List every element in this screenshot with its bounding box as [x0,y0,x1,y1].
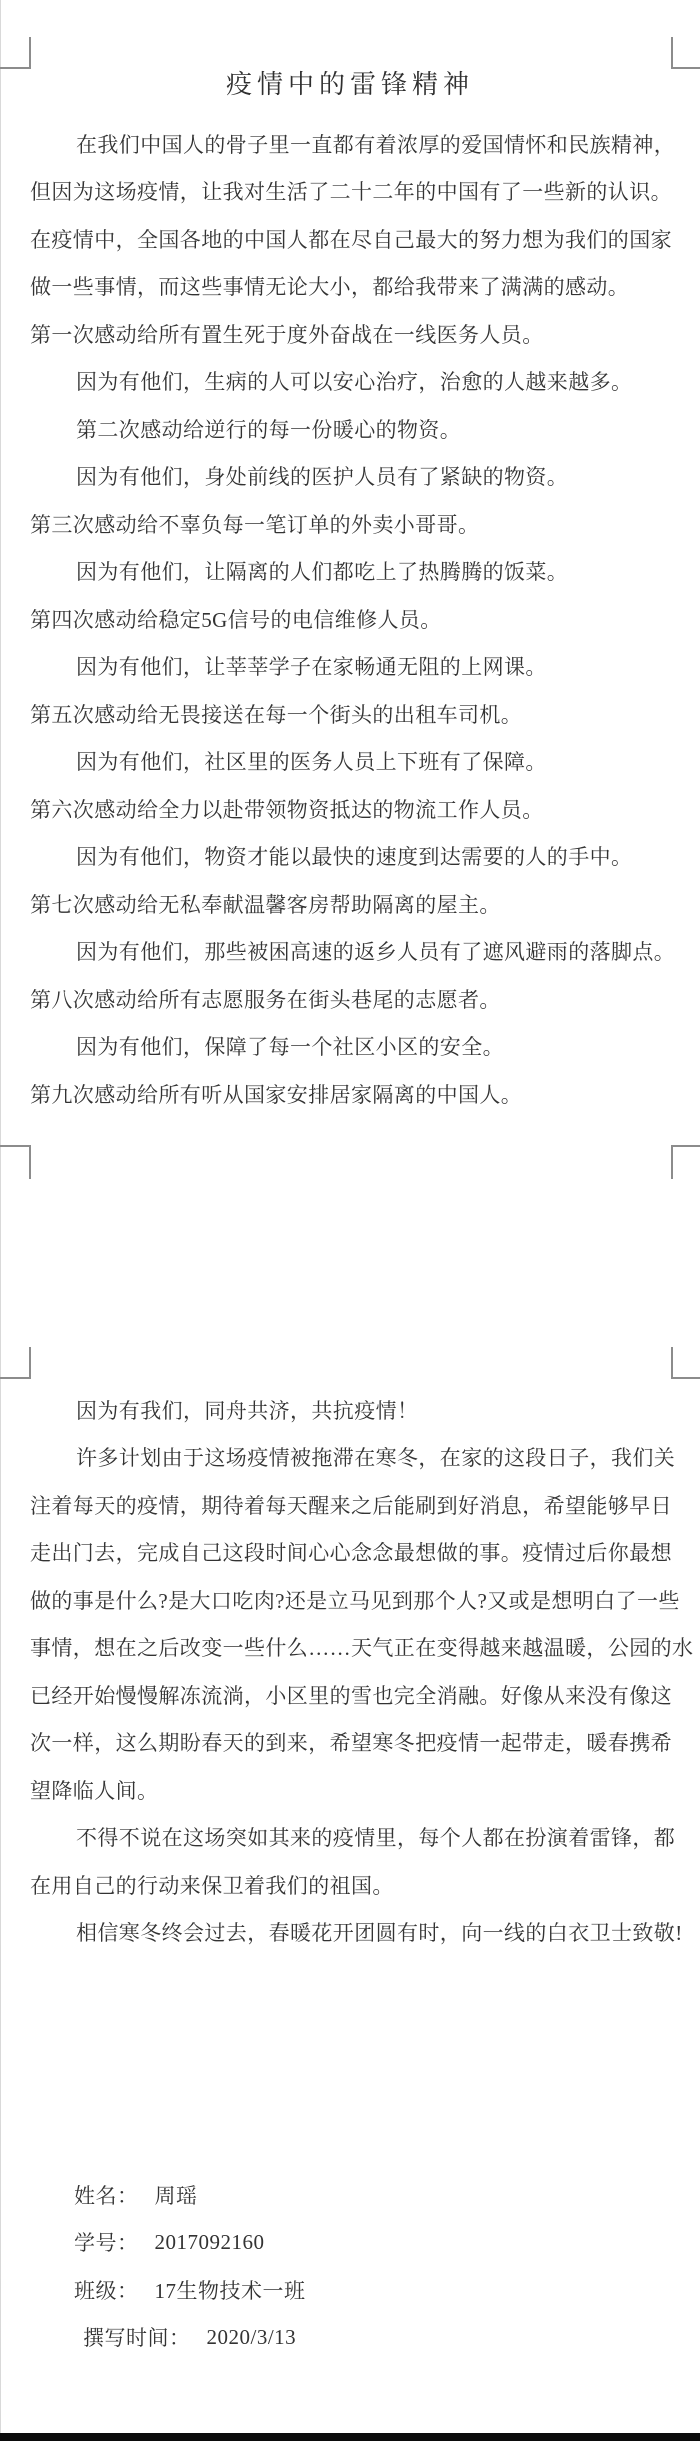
signature-value: 2017092160 [155,2230,265,2255]
text-line: 许多计划由于这场疫情被拖滞在寒冬，在家的这段日子，我们关 [30,1434,672,1482]
text-line: 在我们中国人的骨子里一直都有着浓厚的爱国情怀和民族精神， [30,120,672,168]
text-line: 第七次感动给无私奉献温馨客房帮助隔离的屋主。 [30,880,672,928]
signature-row: 学号：2017092160 [74,2219,306,2267]
text-line: 第九次感动给所有听从国家安排居家隔离的中国人。 [30,1070,672,1118]
text-line: 走出门去，完成自己这段时间心心念念最想做的事。疫情过后你最想 [30,1529,672,1577]
essay-title: 疫情中的雷锋精神 [0,64,700,101]
text-line: 相信寒冬终会过去，春暖花开团圆有时，向一线的白衣卫士致敬! [30,1909,672,1957]
left-edge-line [0,0,1,2441]
text-line: 因为有他们，生病的人可以安心治疗，治愈的人越来越多。 [30,358,672,406]
text-line: 望降临人间。 [30,1766,672,1814]
signature-label: 班级： [74,2275,139,2305]
text-line: 在用自己的行动来保卫着我们的祖国。 [30,1861,672,1909]
text-line: 不得不说在这场突如其来的疫情里，每个人都在扮演着雷锋，都 [30,1814,672,1862]
text-line: 因为有他们，物资才能以最快的速度到达需要的人的手中。 [30,833,672,881]
text-line: 因为有他们，让隔离的人们都吃上了热腾腾的饭菜。 [30,548,672,596]
crop-mark-page2-top-right [671,1347,700,1379]
signature-value: 周瑶 [155,2180,198,2210]
crop-mark-page1-bottom-right [671,1145,700,1179]
text-line: 但因为这场疫情，让我对生活了二十二年的中国有了一些新的认识。 [30,168,672,216]
text-line: 已经开始慢慢解冻流淌，小区里的雪也完全消融。好像从来没有像这 [30,1671,672,1719]
text-line: 第四次感动给稳定5G信号的电信维修人员。 [30,595,672,643]
crop-mark-page2-top-left [0,1347,31,1379]
signature-row: 姓名：周瑶 [74,2171,306,2219]
signature-block: 姓名：周瑶学号：2017092160班级：17生物技术一班撰写时间：2020/3… [74,2171,306,2361]
text-line: 做的事是什么?是大口吃肉?还是立马见到那个人?又或是想明白了一些 [30,1576,672,1624]
text-line: 次一样，这么期盼春天的到来，希望寒冬把疫情一起带走，暖春携希 [30,1719,672,1767]
text-line: 第八次感动给所有志愿服务在街头巷尾的志愿者。 [30,975,672,1023]
page2-body-text: 因为有我们，同舟共济，共抗疫情！许多计划由于这场疫情被拖滞在寒冬，在家的这段日子… [30,1386,672,1956]
text-line: 第一次感动给所有置生死于度外奋战在一线医务人员。 [30,310,672,358]
signature-value: 17生物技术一班 [155,2275,306,2305]
signature-row: 班级：17生物技术一班 [74,2266,306,2314]
signature-value: 2020/3/13 [207,2325,297,2350]
text-line: 在疫情中，全国各地的中国人都在尽自己最大的努力想为我们的国家 [30,215,672,263]
text-line: 因为有他们，保障了每一个社区小区的安全。 [30,1023,672,1071]
text-line: 第五次感动给无畏接送在每一个街头的出租车司机。 [30,690,672,738]
text-line: 因为有他们，让莘莘学子在家畅通无阻的上网课。 [30,643,672,691]
text-line: 因为有他们，社区里的医务人员上下班有了保障。 [30,738,672,786]
crop-mark-page1-bottom-left [0,1145,31,1179]
text-line: 注着每天的疫情，期待着每天醒来之后能刷到好消息，希望能够早日 [30,1481,672,1529]
text-line: 第二次感动给逆行的每一份暖心的物资。 [30,405,672,453]
text-line: 第六次感动给全力以赴带领物资抵达的物流工作人员。 [30,785,672,833]
document-canvas: 疫情中的雷锋精神 在我们中国人的骨子里一直都有着浓厚的爱国情怀和民族精神，但因为… [0,0,700,2441]
text-line: 因为有他们，身处前线的医护人员有了紧缺的物资。 [30,453,672,501]
text-line: 第三次感动给不辜负每一笔订单的外卖小哥哥。 [30,500,672,548]
text-line: 做一些事情，而这些事情无论大小，都给我带来了满满的感动。 [30,263,672,311]
signature-label: 姓名： [74,2180,139,2210]
page1-body-text: 在我们中国人的骨子里一直都有着浓厚的爱国情怀和民族精神，但因为这场疫情，让我对生… [30,120,672,1118]
signature-label: 学号： [74,2227,139,2257]
text-line: 事情，想在之后改变一些什么……天气正在变得越来越温暖，公园的水 [30,1624,672,1672]
signature-row: 撰写时间：2020/3/13 [83,2314,306,2362]
text-line: 因为有我们，同舟共济，共抗疫情！ [30,1386,672,1434]
signature-label: 撰写时间： [83,2322,191,2352]
text-line: 因为有他们，那些被困高速的返乡人员有了遮风避雨的落脚点。 [30,928,672,976]
bottom-black-bar [0,2433,700,2441]
